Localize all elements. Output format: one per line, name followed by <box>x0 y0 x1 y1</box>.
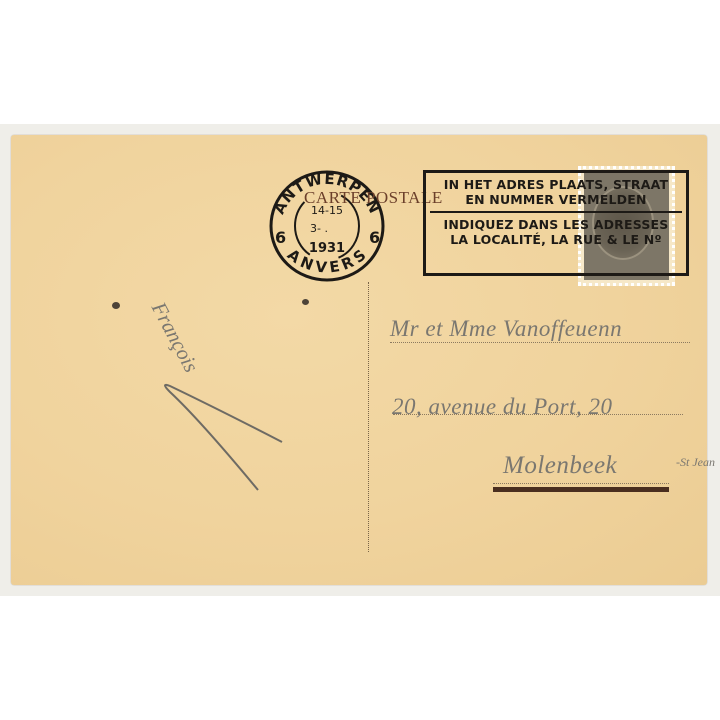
slogan-line-1: IN HET ADRES PLAATS, STRAAT <box>426 173 686 192</box>
postmark-year: 1931 <box>309 241 345 256</box>
slogan-cancellation: IN HET ADRES PLAATS, STRAAT EN NUMMER VE… <box>423 170 689 276</box>
ink-spot <box>302 299 309 305</box>
slogan-line-3: INDIQUEZ DANS LES ADRESSES <box>426 217 686 232</box>
address-city: Molenbeek <box>503 452 617 480</box>
city-underline <box>493 487 669 492</box>
address-street: 20, avenue du Port, 20 <box>392 394 613 420</box>
postmark-antwerpen: ANTWERPEN ANVERS 6 6 14-15 3- . 1931 <box>267 168 387 284</box>
postmark-circle-icon: ANTWERPEN ANVERS 6 6 14-15 3- . 1931 <box>267 168 387 284</box>
address-recipient: Mr et Mme Vanoffeuenn <box>390 316 622 342</box>
signature-flourish-icon <box>160 380 290 500</box>
slogan-divider <box>430 211 682 213</box>
postmark-number-right: 6 <box>369 228 380 247</box>
address-line-rule-3 <box>493 483 669 484</box>
center-divider-line <box>368 282 369 552</box>
slogan-line-4: LA LOCALITÉ, LA RUE & LE Nº <box>426 232 686 247</box>
carte-postale-heading: CARTE POSTALE <box>304 188 443 208</box>
address-line-rule-1 <box>390 342 690 343</box>
postmark-date: 3- . <box>310 222 328 235</box>
postmark-number-left: 6 <box>275 228 286 247</box>
ink-spot <box>112 302 120 309</box>
address-city-suffix: -St Jean <box>676 455 715 469</box>
slogan-line-2: EN NUMMER VERMELDEN <box>426 192 686 207</box>
